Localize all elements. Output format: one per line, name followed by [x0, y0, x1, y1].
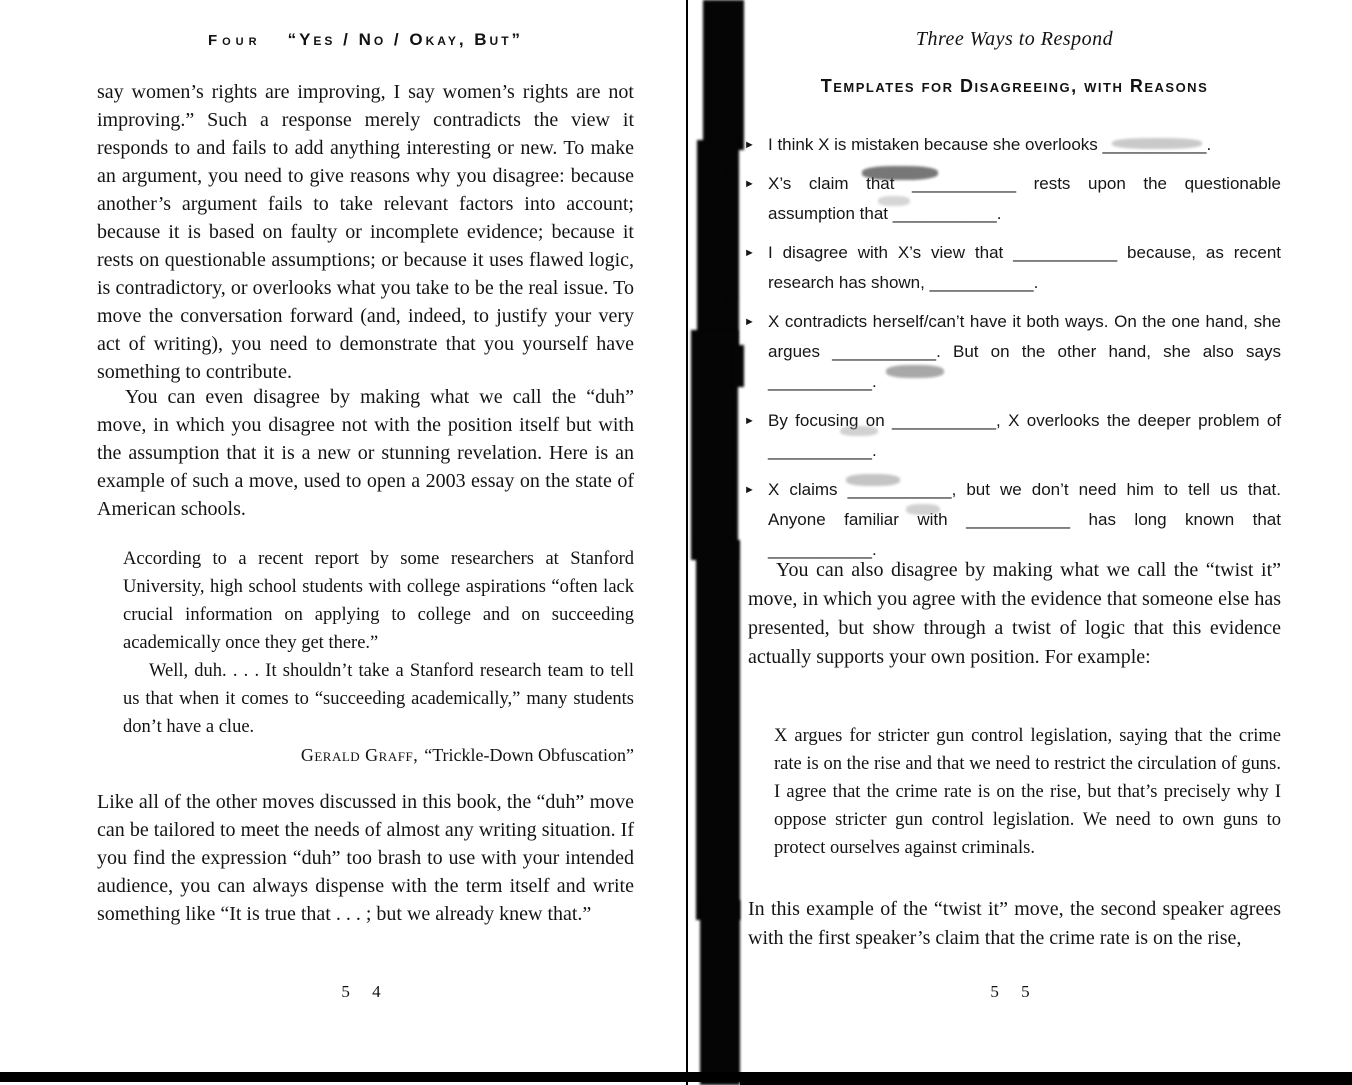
right-paragraph-after-quote: In this example of the “twist it” move, … [748, 895, 1281, 953]
template-item: ► X claims ___________, but we don’t nee… [748, 475, 1281, 565]
attribution-author: Gerald Graff, [301, 745, 418, 765]
bullet-triangle-icon: ► [744, 406, 755, 436]
bullet-triangle-icon: ► [744, 130, 755, 160]
left-page-number: 5 4 [97, 982, 634, 1002]
template-text: X claims ___________, but we don’t need … [768, 480, 1281, 559]
template-text: I disagree with X’s view that __________… [768, 243, 1281, 292]
quote-attribution: Gerald Graff,“Trickle-Down Obfuscation” [123, 741, 634, 769]
right-page: Three Ways to Respond Templates for Disa… [748, 0, 1281, 1085]
quote-paragraph-1: According to a recent report by some res… [123, 545, 634, 657]
quote-paragraph-2: Well, duh. . . . It shouldn’t take a Sta… [123, 657, 634, 741]
scan-smudge [840, 426, 878, 436]
page-edge-line [686, 0, 688, 1085]
right-page-number: 5 5 [748, 982, 1281, 1002]
template-item: ► I disagree with X’s view that ________… [748, 238, 1281, 298]
templates-list: ► I think X is mistaken because she over… [748, 130, 1281, 574]
right-block-quote: X argues for stricter gun control legisl… [774, 722, 1281, 862]
left-paragraph-2: You can even disagree by making what we … [97, 383, 634, 523]
chapter-title: “Yes / No / Okay, But” [288, 30, 523, 49]
right-running-head: Three Ways to Respond [748, 28, 1281, 51]
scanned-book-spread: { "book": { "left_page": { "running_head… [0, 0, 1352, 1085]
bullet-triangle-icon: ► [744, 238, 755, 268]
scan-smudge [846, 474, 900, 486]
scan-smudge [878, 196, 910, 206]
scan-smudge [1112, 138, 1202, 149]
templates-section-heading: Templates for Disagreeing, with Reasons [748, 76, 1281, 97]
bullet-triangle-icon: ► [744, 169, 755, 199]
scan-bottom-edge-right [740, 1078, 1352, 1085]
template-text: X contradicts herself/can’t have it both… [768, 312, 1281, 391]
bullet-triangle-icon: ► [744, 307, 755, 337]
left-page: Four“Yes / No / Okay, But” say women’s r… [97, 0, 634, 1085]
bullet-triangle-icon: ► [744, 475, 755, 505]
scan-smudge [886, 365, 944, 378]
attribution-work-title: “Trickle-Down Obfuscation” [424, 745, 634, 765]
template-item: ► X contradicts herself/can’t have it bo… [748, 307, 1281, 397]
scan-smudge [862, 166, 938, 180]
left-paragraph-1: say women’s rights are improving, I say … [97, 78, 634, 386]
template-text: By focusing on ___________, X overlooks … [768, 411, 1281, 460]
template-text: X’s claim that ___________ rests upon th… [768, 174, 1281, 223]
right-paragraph-twist: You can also disagree by making what we … [748, 556, 1281, 672]
template-item: ► X’s claim that ___________ rests upon … [748, 169, 1281, 229]
scan-smudge [906, 504, 940, 515]
chapter-number: Four [208, 32, 262, 49]
left-running-head: Four“Yes / No / Okay, But” [97, 30, 634, 50]
left-paragraph-3: Like all of the other moves discussed in… [97, 788, 634, 928]
left-block-quote: According to a recent report by some res… [123, 545, 634, 769]
template-item: ► By focusing on ___________, X overlook… [748, 406, 1281, 466]
